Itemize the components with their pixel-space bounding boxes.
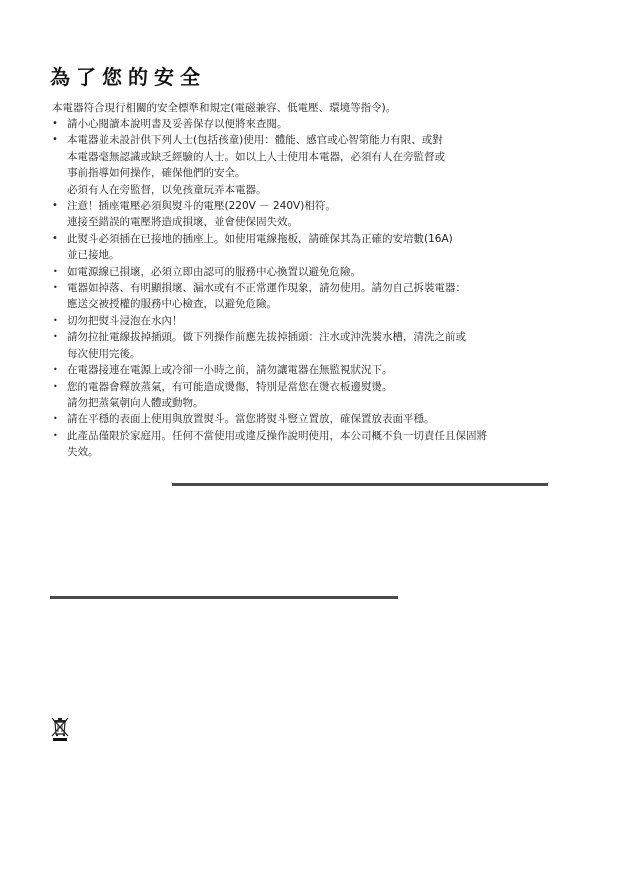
- item-text: 連接至錯誤的電壓將造成損壞，並會使保固失效。: [67, 214, 572, 230]
- list-item: • 切勿把熨斗浸泡在水內！: [52, 313, 572, 329]
- item-text: 請勿把蒸氣朝向人體或動物。: [67, 395, 572, 411]
- item-text: 您的電器會釋放蒸氣，有可能造成燙傷，特別是當您在燙衣板邊熨燙。: [67, 379, 572, 395]
- list-item: • 此熨斗必須插在已接地的插座上。如使用電線拖板，請確保其為正確的安培數(16A…: [52, 231, 572, 264]
- list-item: • 電器如掉落、有明顯損壞、漏水或有不正常運作現象，請勿使用。請勿自己拆裝電器：…: [52, 280, 572, 313]
- bullet-icon: •: [53, 313, 65, 329]
- item-text: 電器如掉落、有明顯損壞、漏水或有不正常運作現象，請勿使用。請勿自己拆裝電器：: [67, 280, 572, 296]
- list-item: • 注意！插座電壓必須與熨斗的電壓(220V － 240V)相符。 連接至錯誤的…: [52, 198, 572, 231]
- list-item: • 在電器接連在電源上或冷卻一小時之前，請勿讓電器在無監視狀況下。: [52, 362, 572, 378]
- bullet-icon: •: [53, 379, 65, 395]
- page-title: 為了您的安全: [50, 64, 206, 90]
- item-text: 在電器接連在電源上或冷卻一小時之前，請勿讓電器在無監視狀況下。: [67, 362, 572, 378]
- bullet-icon: •: [53, 329, 65, 345]
- item-text: 注意！插座電壓必須與熨斗的電壓(220V － 240V)相符。: [67, 198, 572, 214]
- list-item: • 本電器並未設計供下列人士(包括孩童)使用：體能、感官或心智第能力有限、或對 …: [52, 132, 572, 198]
- item-text: 此熨斗必須插在已接地的插座上。如使用電線拖板，請確保其為正確的安培數(16A): [67, 231, 572, 247]
- list-item: • 此產品僅限於家庭用。任何不當使用或違反操作說明使用，本公司概不負一切責任且保…: [52, 428, 572, 461]
- bullet-icon: •: [53, 280, 65, 296]
- bullet-icon: •: [53, 428, 65, 444]
- item-text: 此產品僅限於家庭用。任何不當使用或違反操作說明使用，本公司概不負一切責任且保固將: [67, 428, 572, 444]
- item-text: 失效。: [67, 444, 572, 460]
- safety-list: • 請小心閱讀本說明書及妥善保存以便將來查閱。 • 本電器並未設計供下列人士(包…: [52, 116, 572, 461]
- bullet-icon: •: [52, 132, 64, 148]
- item-text: 請小心閱讀本說明書及妥善保存以便將來查閱。: [67, 116, 572, 132]
- bullet-icon: •: [52, 198, 64, 214]
- item-text: 切勿把熨斗浸泡在水內！: [67, 313, 572, 329]
- bullet-icon: •: [53, 362, 65, 378]
- item-text: 如電源線已損壞，必須立即由認可的服務中心換置以避免危險。: [67, 264, 572, 280]
- item-text: 應送交被授權的服務中心檢查，以避免危險。: [67, 296, 572, 312]
- bullet-icon: •: [53, 411, 65, 427]
- item-text: 請勿拉扯電線拔掉插頭。做下列操作前應先拔掉插頭：注水或沖洗裝水槽，清洗之前或: [67, 329, 572, 345]
- item-text: 事前指導如何操作，確保他們的安全。: [67, 165, 572, 181]
- item-text: 本電器毫無認識或缺乏經驗的人士。如以上人士使用本電器，必須有人在旁監督或: [67, 149, 572, 165]
- list-item: • 如電源線已損壞，必須立即由認可的服務中心換置以避免危險。: [52, 264, 572, 280]
- list-item: • 請小心閱讀本說明書及妥善保存以便將來查閱。: [52, 116, 572, 132]
- crossed-out-wheelie-bin-icon: [50, 716, 70, 742]
- intro-paragraph: 本電器符合現行相關的安全標準和規定(電磁兼容、低電壓、環境等指令)。: [52, 100, 396, 116]
- item-text: 本電器並未設計供下列人士(包括孩童)使用：體能、感官或心智第能力有限、或對: [67, 132, 572, 148]
- bullet-icon: •: [53, 264, 65, 280]
- section-divider: [172, 483, 548, 486]
- section-divider: [50, 596, 398, 599]
- bullet-icon: •: [52, 116, 64, 132]
- bullet-icon: •: [52, 231, 64, 247]
- item-text: 請在平穩的表面上使用與放置熨斗。當您將熨斗豎立置放，確保置放表面平穩。: [67, 411, 572, 427]
- list-item: • 請在平穩的表面上使用與放置熨斗。當您將熨斗豎立置放，確保置放表面平穩。: [52, 411, 572, 427]
- item-text: 並已接地。: [67, 247, 572, 263]
- list-item: • 請勿拉扯電線拔掉插頭。做下列操作前應先拔掉插頭：注水或沖洗裝水槽，清洗之前或…: [52, 329, 572, 362]
- item-text: 每次使用完後。: [67, 346, 572, 362]
- list-item: • 您的電器會釋放蒸氣，有可能造成燙傷，特別是當您在燙衣板邊熨燙。 請勿把蒸氣朝…: [52, 379, 572, 412]
- item-text: 必須有人在旁監督，以免孩童玩弄本電器。: [67, 182, 572, 198]
